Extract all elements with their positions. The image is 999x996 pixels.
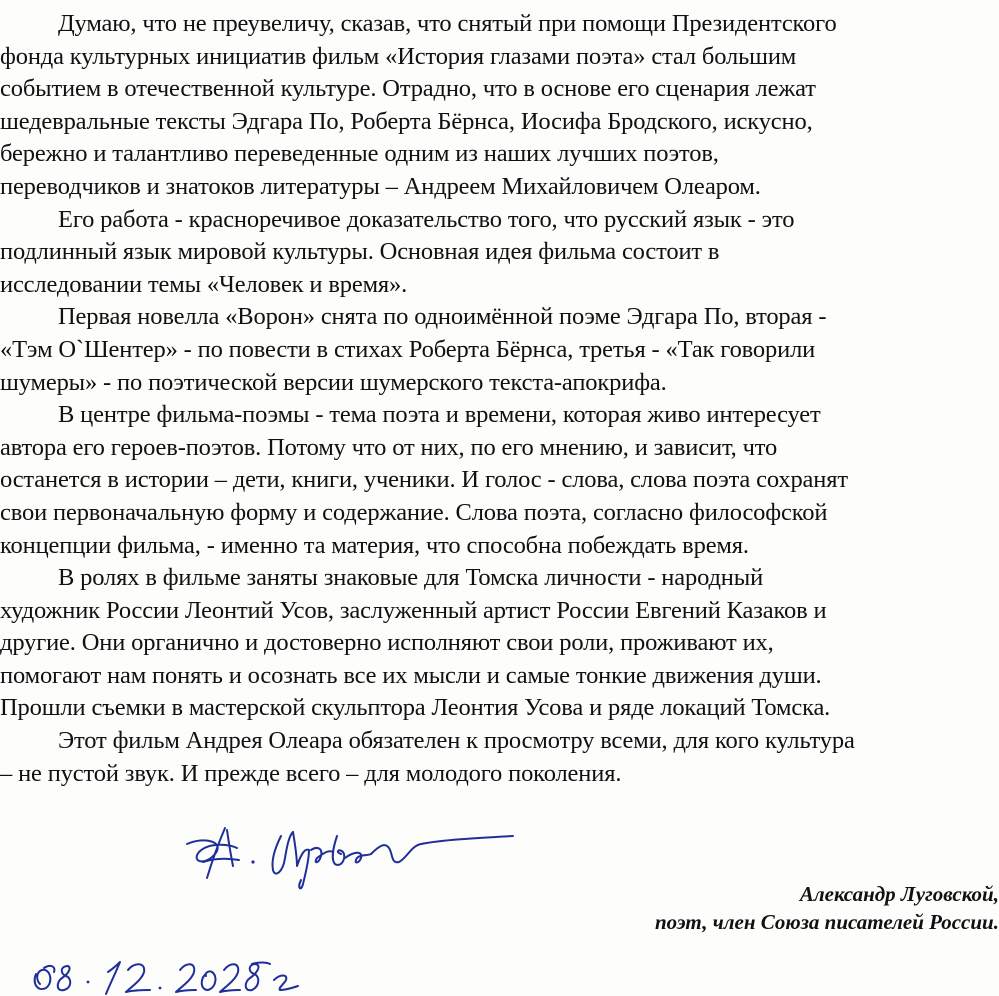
letter-body: Думаю, что не преувеличу, сказав, что сн… [0,8,999,790]
text-line: событием в отечественной культуре. Отрад… [0,73,999,106]
text-line: Его работа - красноречивое доказательств… [0,204,999,237]
text-line: – не пустой звук. И прежде всего – для м… [0,758,999,791]
text-line: «Тэм О`Шентер» - по повести в стихах Роб… [0,334,999,367]
signer-name: Александр Луговской, [655,880,999,908]
text-line: Думаю, что не преувеличу, сказав, что сн… [0,8,999,41]
text-line: исследовании темы «Человек и время». [0,269,999,302]
paragraph-3: Первая новелла «Ворон» снята по одноимён… [0,301,999,399]
text-line: концепции фильма, - именно та материя, ч… [0,530,999,563]
paragraph-1: Думаю, что не преувеличу, сказав, что сн… [0,8,999,204]
text-line: фонда культурных инициатив фильм «Истори… [0,41,999,74]
text-line: В центре фильма-поэмы - тема поэта и вре… [0,399,999,432]
text-line: свои первоначальную форму и содержание. … [0,497,999,530]
text-line: подлинный язык мировой культуры. Основна… [0,236,999,269]
text-line: шедевральные тексты Эдгара По, Роберта Б… [0,106,999,139]
text-line: Этот фильм Андрея Олеара обязателен к пр… [0,725,999,758]
text-line: переводчиков и знатоков литературы – Анд… [0,171,999,204]
text-line: Прошли съемки в мастерской скульптора Ле… [0,692,999,725]
text-line: В ролях в фильме заняты знаковые для Том… [0,562,999,595]
text-line: Первая новелла «Ворон» снята по одноимён… [0,301,999,334]
text-line: бережно и талантливо переведенные одним … [0,138,999,171]
text-line: автора его героев-поэтов. Потому что от … [0,432,999,465]
text-line: другие. Они органично и достоверно испол… [0,627,999,660]
signer-title: поэт, член Союза писателей России. [655,908,999,936]
text-line: помогают нам понять и осознать все их мы… [0,660,999,693]
paragraph-6: Этот фильм Андрея Олеара обязателен к пр… [0,725,999,790]
text-line: художник России Леонтий Усов, заслуженны… [0,595,999,628]
signer-block: Александр Луговской, поэт, член Союза пи… [655,880,999,936]
text-line: останется в истории – дети, книги, учени… [0,464,999,497]
paragraph-2: Его работа - красноречивое доказательств… [0,204,999,302]
handwritten-signature [185,822,515,892]
paragraph-4: В центре фильма-поэмы - тема поэта и вре… [0,399,999,562]
paragraph-5: В ролях в фильме заняты знаковые для Том… [0,562,999,725]
handwritten-date [30,944,330,996]
text-line: шумеры» - по поэтической версии шумерско… [0,367,999,400]
